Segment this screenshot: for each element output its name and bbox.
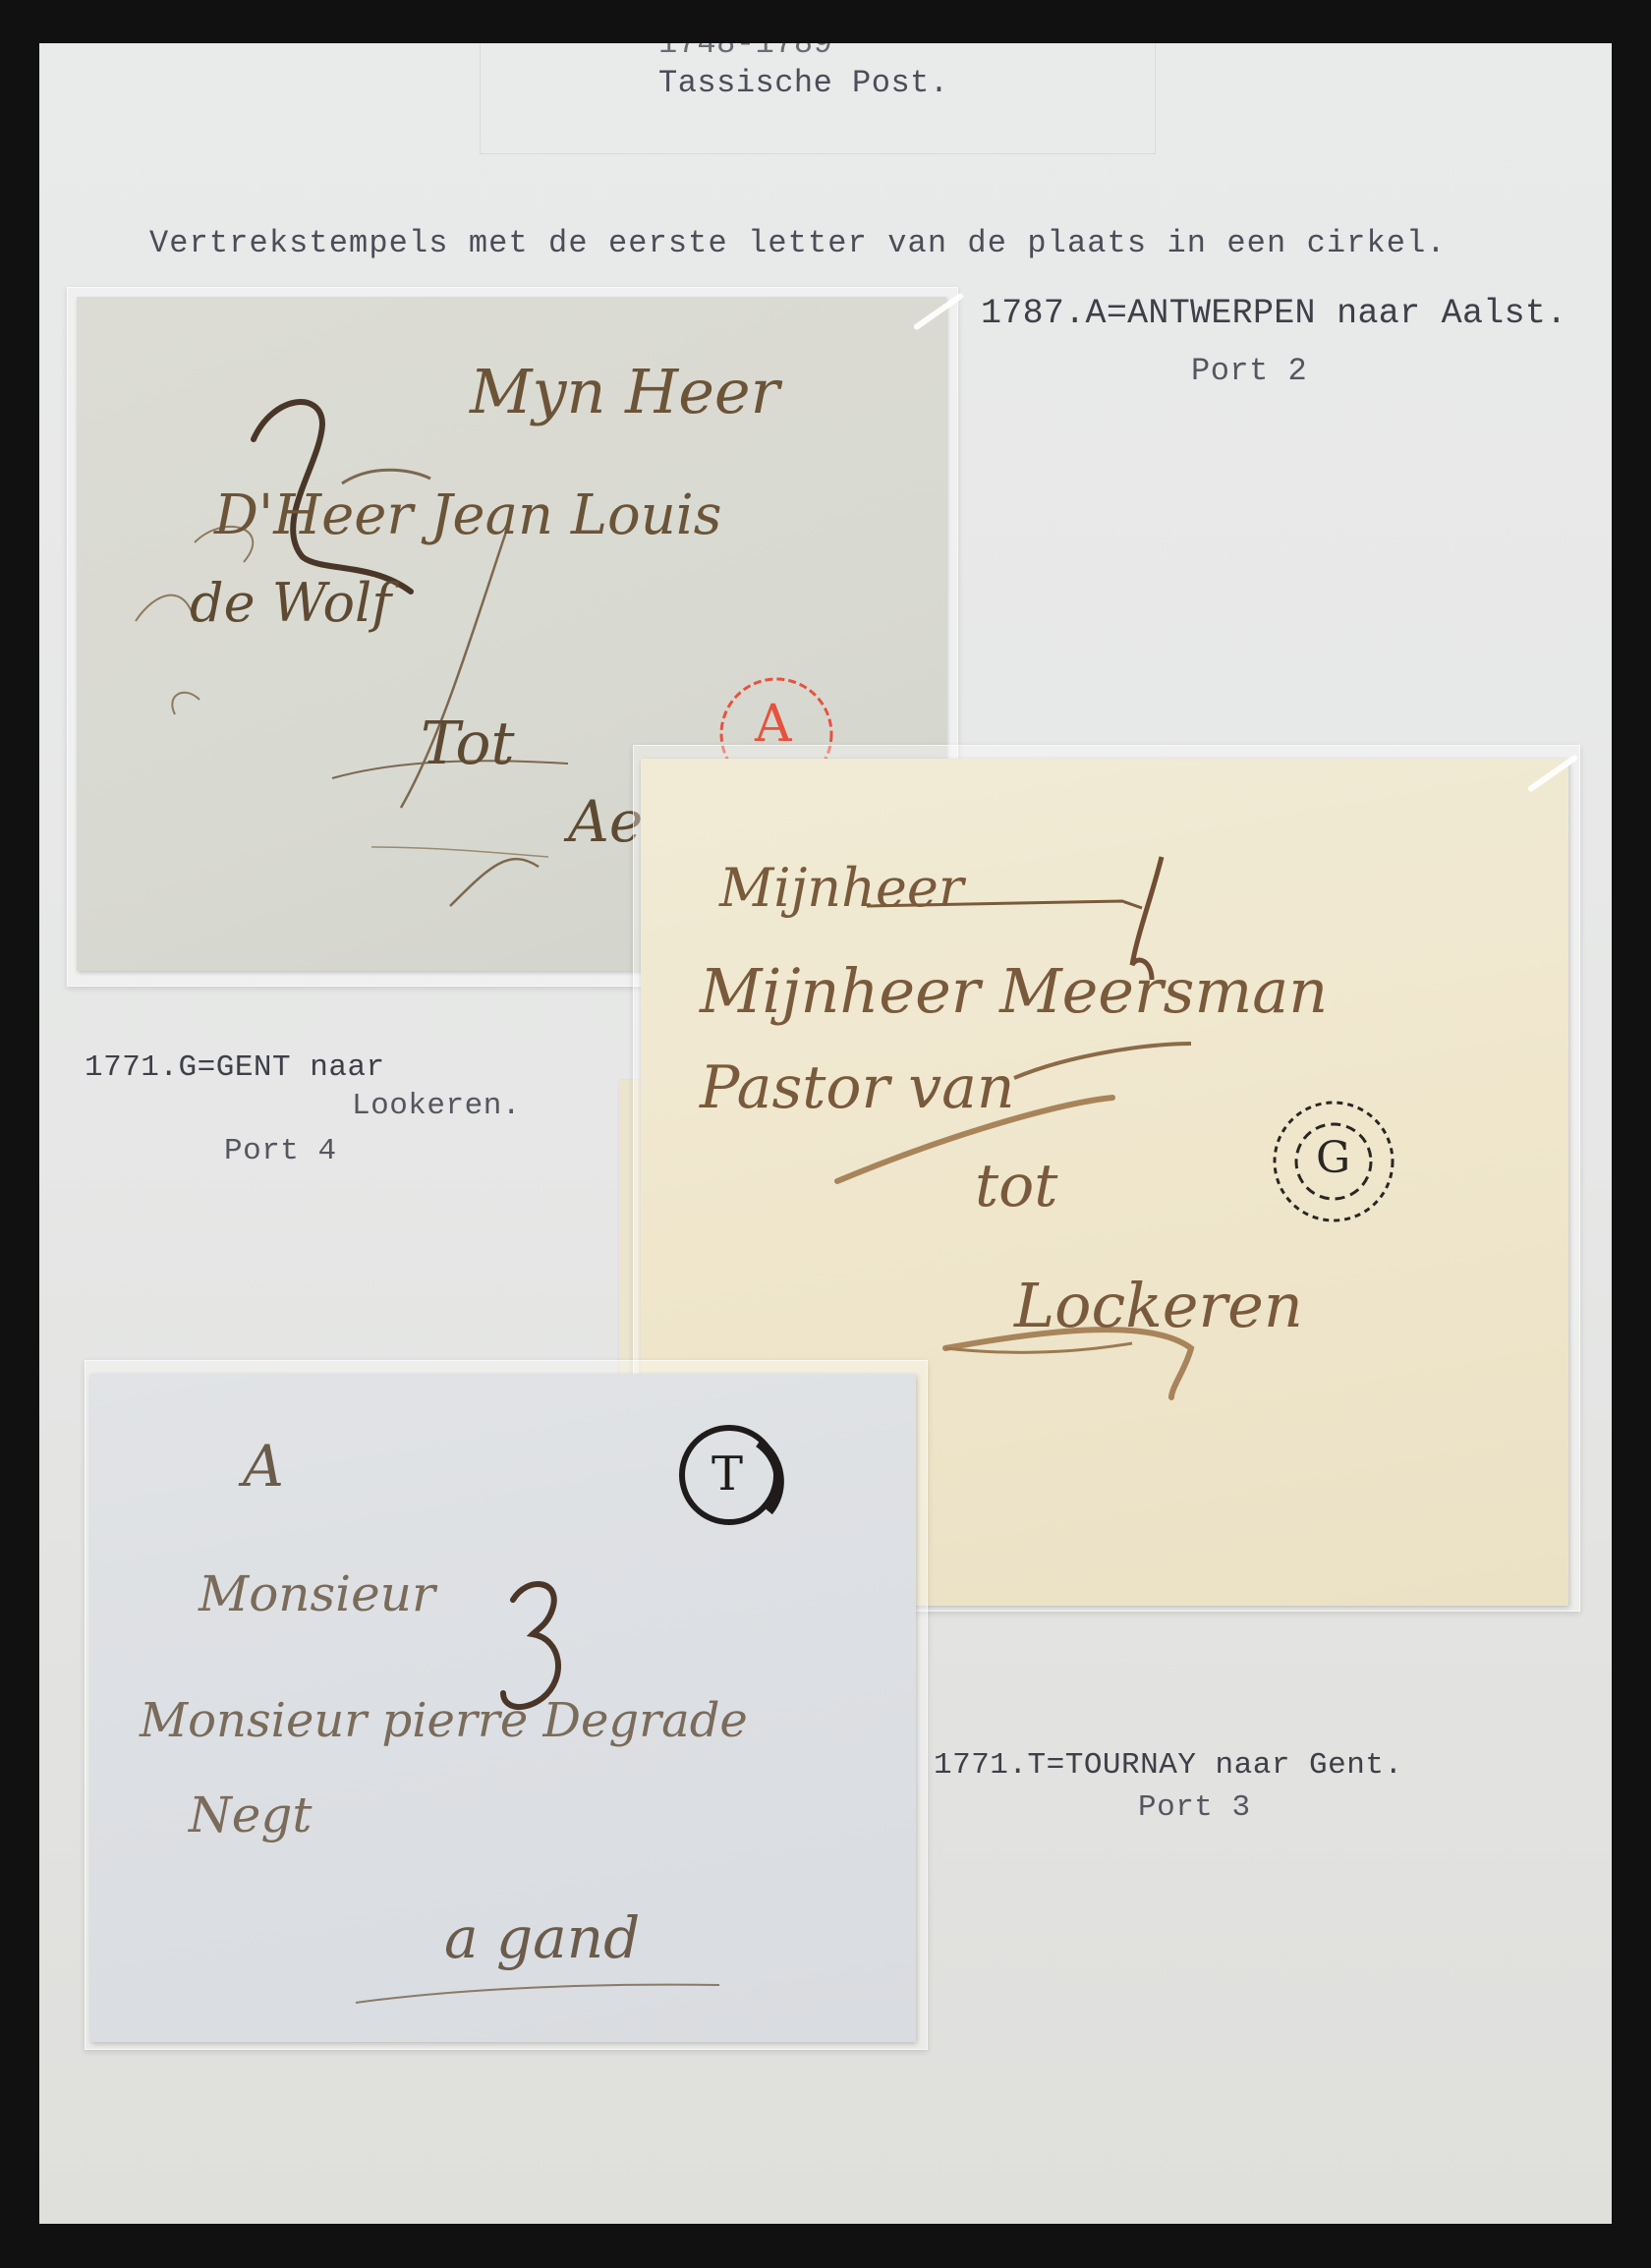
cover3-envelope: A Monsieur Monsieur pierre Degrade Negt … xyxy=(90,1374,916,2042)
cover2-postmark-letter: G xyxy=(1316,1133,1350,1183)
cover3-addr-line2: Monsieur xyxy=(199,1565,435,1622)
cover1-caption: 1787.A=ANTWERPEN naar Aalst. xyxy=(981,294,1567,333)
cover2-caption-destination: Lookeren. xyxy=(352,1089,521,1123)
cover3-addr-line4: Negt xyxy=(189,1786,312,1843)
cover1-port: Port 2 xyxy=(1191,353,1307,389)
cover1-addr-line1: Myn Heer xyxy=(470,356,779,427)
cover1-addr-line2: D'Heer Jean Louis xyxy=(214,483,721,547)
cover3-addr-line1: A xyxy=(243,1433,284,1500)
cover2-addr-line3: Pastor van xyxy=(700,1053,1015,1122)
cover2-addr-line4: tot xyxy=(975,1152,1057,1220)
album-page: 1748-1789 Tassische Post. Vertrekstempel… xyxy=(39,43,1612,2224)
cover3-postmark-letter: T xyxy=(712,1446,743,1502)
page-heading: Vertrekstempels met de eerste letter van… xyxy=(149,225,1447,261)
cover2-addr-line1: Mijnheer xyxy=(719,857,964,919)
cover3-addr-line5: a gand xyxy=(444,1904,640,1971)
cover3-caption: 1771.T=TOURNAY naar Gent. xyxy=(934,1748,1403,1783)
cover2-addr-line2: Mijnheer Meersman xyxy=(700,955,1328,1027)
cover2-addr-line5: Lockeren xyxy=(1014,1270,1303,1341)
cover3-port: Port 3 xyxy=(1138,1790,1251,1825)
cover1-addr-line4: Tot xyxy=(421,709,515,778)
cover2-caption: 1771.G=GENT naar xyxy=(85,1050,385,1085)
period-years: 1748-1789 xyxy=(658,43,832,62)
page-subtitle: Tassische Post. xyxy=(658,65,949,101)
cover3-addr-line3: Monsieur pierre Degrade xyxy=(140,1693,748,1748)
cover1-addr-line3: de Wolf xyxy=(190,572,391,634)
cover2-port: Port 4 xyxy=(224,1134,337,1168)
